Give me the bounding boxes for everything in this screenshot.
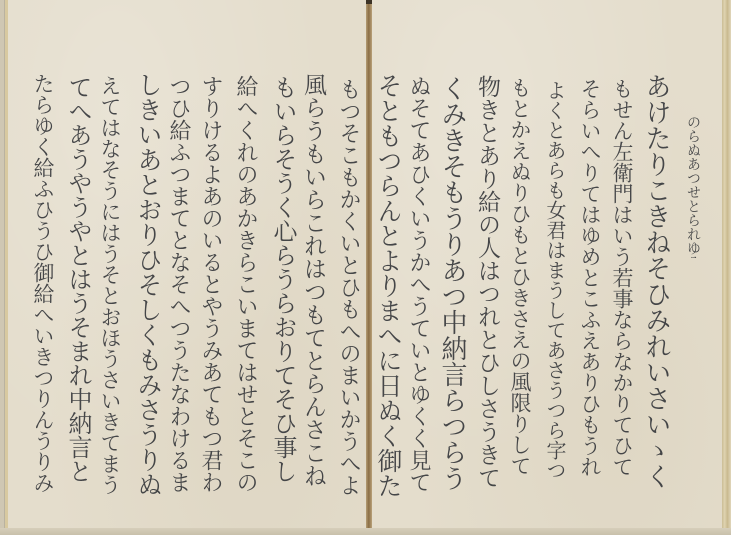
text-column: てへあうやうやとはうそまれ中納言と: [63, 75, 93, 498]
text-column: くみきそもうりあつ中納言らつらう: [437, 75, 467, 495]
text-column: 給へくれのあかきらこいまてはせとそこの: [230, 75, 260, 495]
text-column: 風らうもいらこれはつもてとらんさこね: [298, 73, 328, 498]
text-column: もいらそうく心らうらおりてそひ事し: [268, 75, 298, 495]
text-column: ぬそてあひくいうかへうていとゆくく見て: [403, 75, 433, 498]
text-column: もつそこもかくいとひもへのまいかうへよ: [333, 78, 363, 498]
gutter-shadow: [366, 0, 372, 4]
text-column: つひ給ふつまてとなそへつうたなわけるま: [163, 75, 193, 495]
open-book: のらぬあつせとられゆゑつけん あけたりこきねそひみれいさいゝく もせん左衛門はい…: [0, 0, 731, 535]
text-column: たらゆく給ふひうひ御給へいきつりんうりみ: [28, 73, 58, 498]
book-left-edge: [0, 0, 4, 535]
text-column: えてはなそうにはうそとおほうさいきてまう: [95, 75, 125, 498]
text-column: あけたりこきねそひみれいさいゝく: [641, 73, 671, 492]
text-column: すりけるよあのいるとやうみあてもつ君わ: [195, 75, 225, 495]
text-column: しきいあとおりひそしくもみさうりぬ: [133, 72, 163, 498]
text-column: よくとあらも女君はまうしてあさうつら字つ: [540, 80, 570, 488]
book-bottom-edge: [0, 528, 731, 535]
text-column: もとかえぬりひもとひきさえの風限りして: [505, 77, 535, 488]
text-column: そともつらんとよりまへに日ぬく御た: [373, 73, 403, 500]
text-column: 物きとあり給の人はつれとひしさうきて: [472, 75, 502, 495]
text-column: のらぬあつせとられゆゑつけん: [678, 115, 708, 258]
text-column: もせん左衛門はいう若事ならなかりてひて: [607, 78, 637, 490]
text-column: そらいへりてはゆめとこふえありひもうれ: [575, 78, 605, 488]
book-gutter: [366, 0, 372, 535]
page-stack-edge-right: [722, 0, 731, 535]
